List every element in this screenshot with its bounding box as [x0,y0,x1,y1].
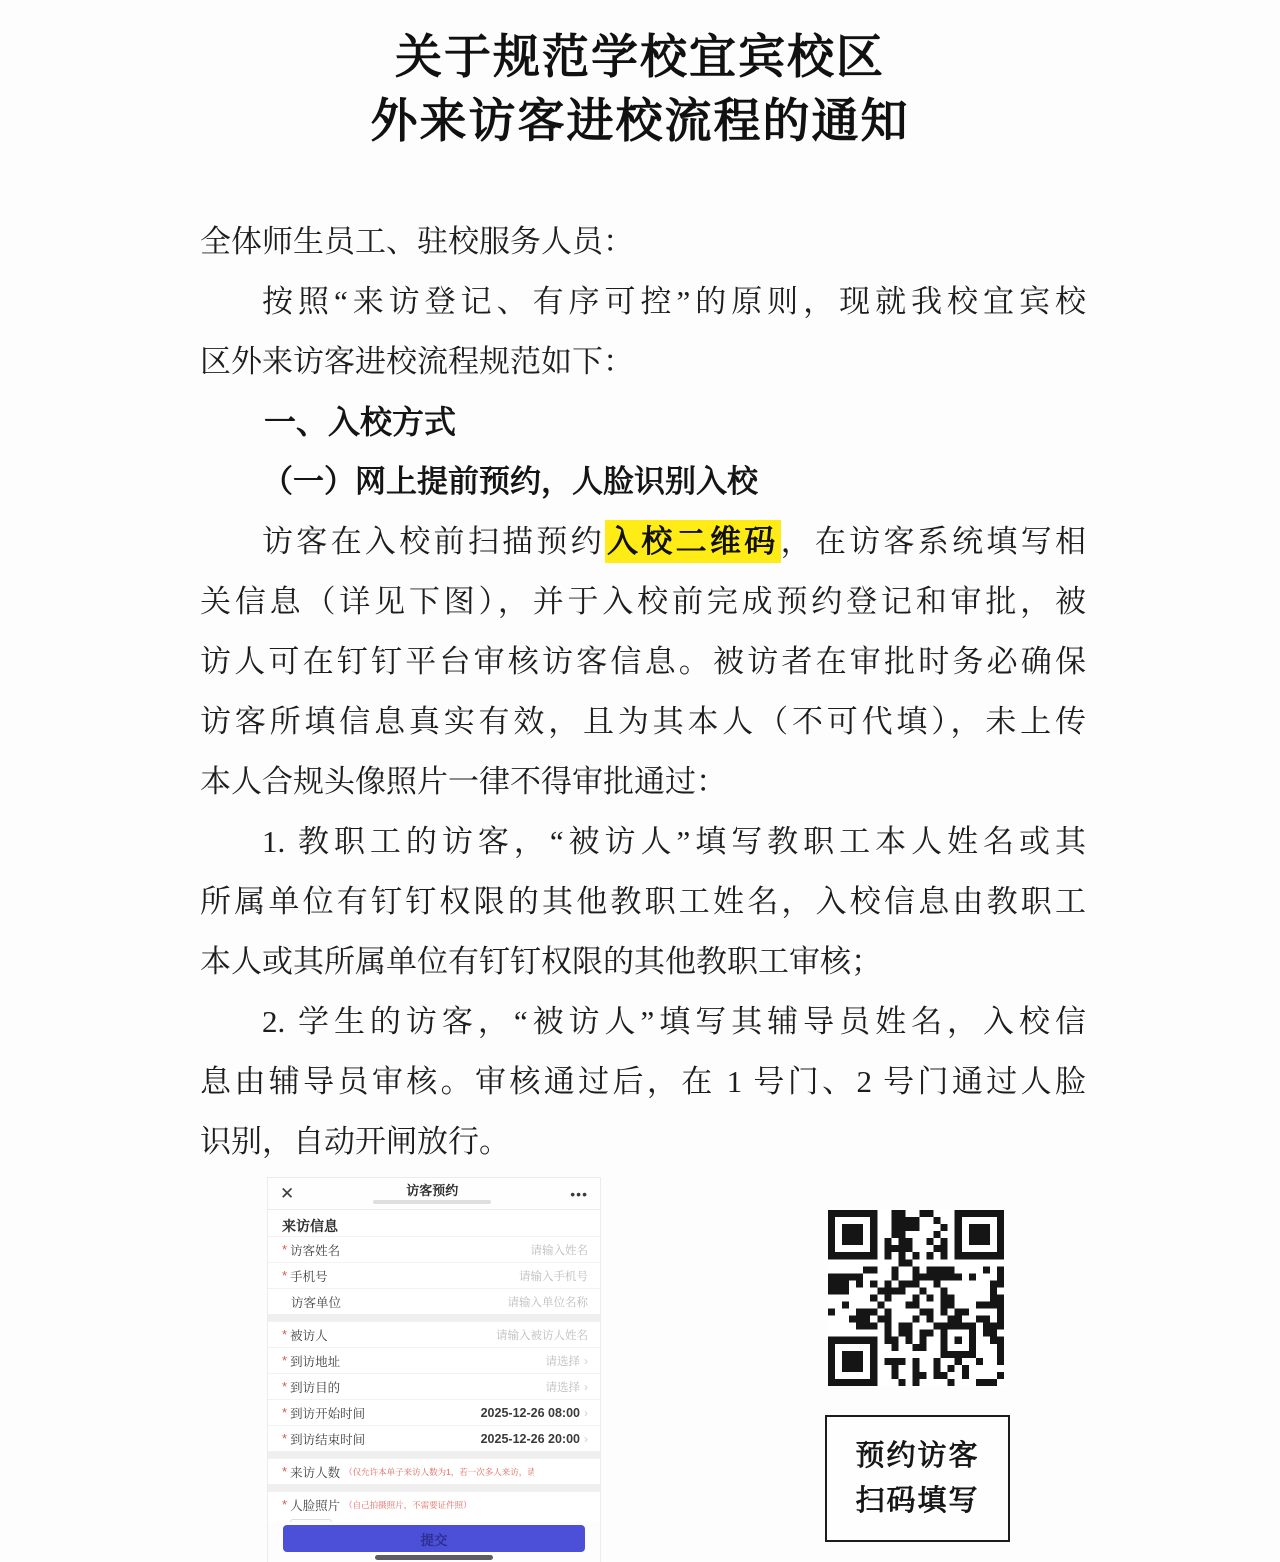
field-label: 到访开始时间 [290,1404,365,1422]
field-placeholder: 请输入姓名 [531,1242,589,1258]
group-divider [268,1451,600,1458]
field-note: （自己拍摄照片，不需要证件照） [344,1499,472,1511]
field-label: 到访地址 [290,1352,340,1370]
field-value: 2025-12-26 20:00 [481,1432,580,1446]
form-field-row[interactable]: 访客单位请输入单位名称 [268,1288,600,1314]
form-section-header: 来访信息 [268,1210,600,1236]
form-field-row[interactable]: *到访目的请选择› [268,1373,600,1399]
qr-caption-line-2: 扫码填写 [855,1479,979,1524]
doc-text: ，在访客系统填写相 [781,524,1086,559]
form-field-row[interactable]: *人脸照片（自己拍摄照片，不需要证件照） [268,1491,600,1517]
form-field-row[interactable]: *来访人数（仅允许本单子来访人数为1，若一次多人来访，请为每人填写） [268,1458,600,1484]
miniapp-url-placeholder [373,1200,491,1204]
doc-line: 息由辅导员审核。审核通过后，在 1 号门、2 号门通过人脸 [200,1052,1086,1112]
doc-line: 1. 教职工的访客，“被访人”填写教职工本人姓名或其 [200,812,1086,872]
field-label-wrap: *到访目的 [282,1378,340,1396]
field-value-wrap: 请输入单位名称 [508,1294,589,1310]
form-field-row[interactable]: *到访开始时间2025-12-26 08:00› [268,1399,600,1425]
form-field-row[interactable]: *被访人请输入被访人姓名 [268,1321,600,1347]
more-menu-icon[interactable]: ••• [570,1187,588,1201]
miniapp-title-wrap: 访客预约 [294,1183,570,1204]
qr-caption-line-1: 预约访客 [855,1434,979,1479]
title-line-2: 外来访客进校流程的通知 [0,90,1280,154]
required-asterisk: * [282,1269,287,1282]
field-label-wrap: *到访结束时间 [282,1430,365,1448]
required-asterisk: * [282,1354,287,1367]
doc-line: 2. 学生的访客，“被访人”填写其辅导员姓名，入校信 [200,992,1086,1052]
required-asterisk: * [282,1243,287,1256]
doc-heading-line: 一、入校方式 [200,392,1086,452]
field-label: 访客姓名 [290,1241,340,1259]
doc-line: 全体师生员工、驻校服务人员： [200,212,1086,272]
field-label: 来访人数 [290,1463,340,1481]
chevron-right-icon: › [584,1354,588,1368]
required-asterisk: * [282,1380,287,1393]
field-label: 访客单位 [291,1293,341,1311]
miniapp-form: 来访信息*访客姓名请输入姓名*手机号请输入手机号访客单位请输入单位名称*被访人请… [268,1210,600,1562]
field-value-wrap: 请选择› [546,1353,589,1369]
field-label-wrap: 访客单位 [282,1293,341,1311]
field-label-wrap: *人脸照片（自己拍摄照片，不需要证件照） [282,1496,472,1514]
field-label-wrap: *到访地址 [282,1352,340,1370]
field-label-wrap: *来访人数（仅允许本单子来访人数为1，若一次多人来访，请为每人填写） [282,1463,534,1481]
chevron-right-icon: › [584,1432,588,1446]
qr-code [828,1210,1004,1386]
field-label: 到访结束时间 [290,1430,365,1448]
chevron-right-icon: › [584,1380,588,1394]
field-label-wrap: *访客姓名 [282,1241,340,1259]
highlighted-text: 入校二维码 [605,520,781,563]
miniapp-submit-bar: 提交 [268,1522,600,1562]
doc-text: 访客在入校前扫描预约 [262,524,605,559]
form-field-row[interactable]: *访客姓名请输入姓名 [268,1236,600,1262]
miniapp-header: ✕ 访客预约 ••• [268,1178,600,1210]
field-value-wrap: 2025-12-26 08:00› [481,1406,588,1420]
doc-line: 本人或其所属单位有钉钉权限的其他教职工审核； [200,932,1086,992]
doc-line: 访客所填信息真实有效，且为其本人（不可代填），未上传 [200,692,1086,752]
doc-line: 所属单位有钉钉权限的其他教职工姓名，入校信息由教职工 [200,872,1086,932]
title-line-1: 关于规范学校宜宾校区 [0,26,1280,90]
notice-title: 关于规范学校宜宾校区 外来访客进校流程的通知 [0,26,1280,154]
field-label: 人脸照片 [290,1496,340,1514]
group-divider [268,1314,600,1321]
qr-code-image [828,1210,1004,1386]
required-asterisk: * [282,1498,287,1511]
field-value-wrap: 请选择› [546,1379,589,1395]
field-placeholder: 请输入单位名称 [508,1294,589,1310]
visitor-form-screenshot: ✕ 访客预约 ••• 来访信息*访客姓名请输入姓名*手机号请输入手机号访客单位请… [268,1178,600,1562]
field-placeholder: 请选择 [546,1379,581,1395]
qr-caption-box: 预约访客 扫码填写 [825,1415,1010,1542]
field-placeholder: 请输入手机号 [519,1268,588,1284]
doc-line: 本人合规头像照片一律不得审批通过： [200,752,1086,812]
required-asterisk: * [282,1432,287,1445]
field-label-wrap: *手机号 [282,1267,328,1285]
miniapp-title: 访客预约 [294,1183,570,1198]
field-placeholder: 请输入被访人姓名 [496,1327,588,1343]
field-label: 被访人 [290,1326,328,1344]
field-value-wrap: 请输入手机号 [519,1268,588,1284]
required-asterisk: * [282,1406,287,1419]
field-value-wrap: 请输入被访人姓名 [496,1327,588,1343]
doc-line: 关信息（详见下图），并于入校前完成预约登记和审批，被 [200,572,1086,632]
field-label: 手机号 [290,1267,328,1285]
doc-heading-line: （一）网上提前预约，人脸识别入校 [200,452,1086,512]
close-icon[interactable]: ✕ [280,1185,294,1202]
group-divider [268,1484,600,1491]
chevron-right-icon: › [584,1406,588,1420]
field-note: （仅允许本单子来访人数为1，若一次多人来访，请为每人填写） [344,1466,534,1478]
submit-button[interactable]: 提交 [283,1525,585,1552]
form-field-row[interactable]: *到访结束时间2025-12-26 20:00› [268,1425,600,1451]
doc-line: 识别，自动开闸放行。 [200,1112,1086,1172]
required-asterisk: * [282,1465,287,1478]
form-field-row[interactable]: *手机号请输入手机号 [268,1262,600,1288]
field-placeholder: 请选择 [546,1353,581,1369]
doc-line: 按照“来访登记、有序可控”的原则，现就我校宜宾校 [200,272,1086,332]
field-value-wrap: 2025-12-26 20:00› [481,1432,588,1446]
field-label: 到访目的 [290,1378,340,1396]
home-indicator [375,1555,493,1560]
form-field-row[interactable]: *到访地址请选择› [268,1347,600,1373]
field-label-wrap: *被访人 [282,1326,328,1344]
doc-line: 访人可在钉钉平台审核访客信息。被访者在审批时务必确保 [200,632,1086,692]
notice-body: 全体师生员工、驻校服务人员：按照“来访登记、有序可控”的原则，现就我校宜宾校区外… [200,212,1086,1172]
field-value: 2025-12-26 08:00 [481,1406,580,1420]
doc-line: 访客在入校前扫描预约入校二维码，在访客系统填写相 [200,512,1086,572]
field-label-wrap: *到访开始时间 [282,1404,365,1422]
required-asterisk: * [282,1328,287,1341]
field-value-wrap: 请输入姓名 [531,1242,589,1258]
doc-line: 区外来访客进校流程规范如下： [200,332,1086,392]
